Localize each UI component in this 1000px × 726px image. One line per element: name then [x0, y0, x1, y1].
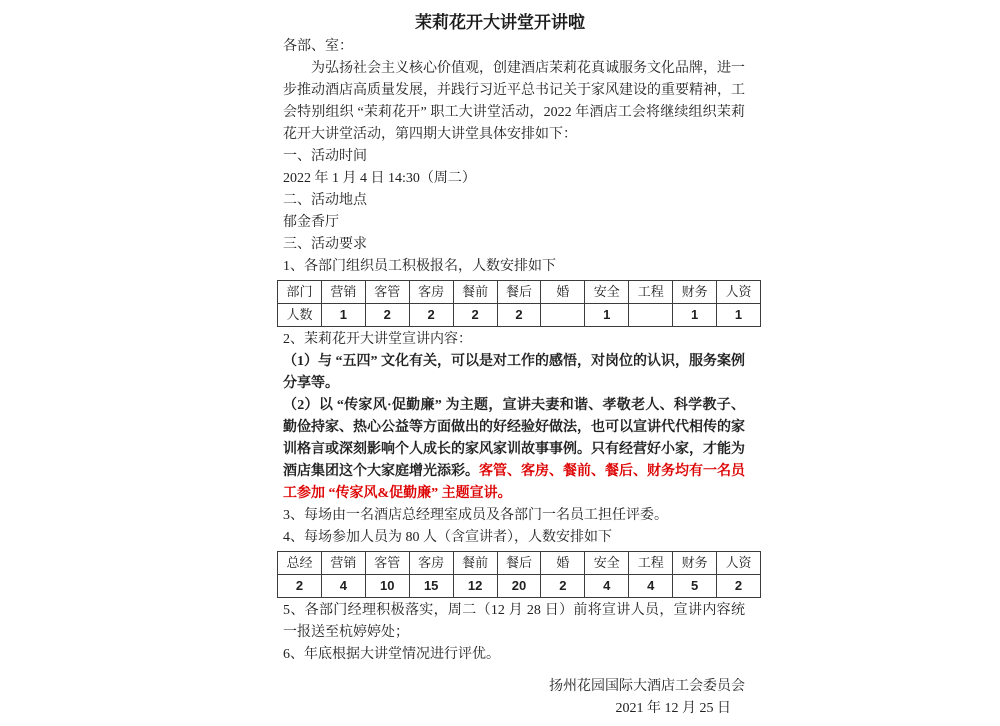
table-value-cell: 15 [409, 575, 453, 598]
table-value-cell: 5 [673, 575, 717, 598]
table-header-cell: 人资 [717, 281, 761, 304]
table-value-cell: 20 [497, 575, 541, 598]
table-header-cell: 客房 [409, 552, 453, 575]
table-value-cell: 1 [321, 304, 365, 327]
requirement-item-2: 2、茉莉花开大讲堂宣讲内容： [283, 329, 745, 351]
table-header-cell: 营销 [321, 281, 365, 304]
attendance-table: 总经 营销 客管 客房 餐前 餐后 婚 安全 工程 财务 人资 2 4 10 1… [277, 551, 761, 598]
table-value-cell: 2 [278, 575, 322, 598]
table-value-cell: 4 [629, 575, 673, 598]
table-value-cell: 4 [321, 575, 365, 598]
section-heading-requirements: 三、活动要求 [283, 234, 745, 256]
requirement-item-1: 1、各部门组织员工积极报名，人数安排如下 [283, 256, 745, 278]
table-header-cell: 部门 [278, 281, 322, 304]
table-header-cell: 餐后 [497, 552, 541, 575]
table-value-cell: 1 [673, 304, 717, 327]
table-header-cell: 工程 [629, 552, 673, 575]
content-point-1: （1）与 “五四” 文化有关，可以是对工作的感悟，对岗位的认识，服务案例分享等。 [283, 351, 745, 395]
signup-table-value-row: 人数 1 2 2 2 2 1 1 1 [278, 304, 761, 327]
table-header-cell: 婚 [541, 281, 585, 304]
table-header-cell: 餐后 [497, 281, 541, 304]
attendance-table-value-row: 2 4 10 15 12 20 2 4 4 5 2 [278, 575, 761, 598]
salutation: 各部、室： [283, 36, 745, 58]
table-value-cell: 2 [409, 304, 453, 327]
table-header-cell: 客管 [365, 552, 409, 575]
table-value-cell: 2 [717, 575, 761, 598]
requirement-item-4: 4、每场参加人员为 80 人（含宣讲者），人数安排如下 [283, 527, 745, 549]
table-header-cell: 财务 [673, 552, 717, 575]
table-value-cell: 1 [717, 304, 761, 327]
table-header-cell: 餐前 [453, 552, 497, 575]
table-header-cell: 安全 [585, 281, 629, 304]
requirement-item-3: 3、每场由一名酒店总经理室成员及各部门一名员工担任评委。 [283, 505, 745, 527]
table-header-cell: 财务 [673, 281, 717, 304]
table-header-cell: 人资 [717, 552, 761, 575]
table-value-cell: 1 [585, 304, 629, 327]
table-header-cell: 总经 [278, 552, 322, 575]
table-row-label: 人数 [278, 304, 322, 327]
attendance-table-header-row: 总经 营销 客管 客房 餐前 餐后 婚 安全 工程 财务 人资 [278, 552, 761, 575]
table-value-cell: 2 [541, 575, 585, 598]
signature-date: 2021 年 12 月 25 日 [283, 698, 745, 720]
table-value-cell: 2 [453, 304, 497, 327]
activity-time: 2022 年 1 月 4 日 14:30（周二） [283, 168, 745, 190]
requirement-item-5: 5、各部门经理积极落实，周二（12 月 28 日）前将宣讲人员，宣讲内容统一报送… [283, 600, 745, 644]
table-header-cell: 营销 [321, 552, 365, 575]
doc-title: 茉莉花开大讲堂开讲啦 [0, 8, 1000, 33]
table-value-cell: 2 [365, 304, 409, 327]
table-header-cell: 餐前 [453, 281, 497, 304]
table-value-cell: 10 [365, 575, 409, 598]
intro-paragraph: 为弘扬社会主义核心价值观，创建酒店茉莉花真诚服务文化品牌，进一步推动酒店高质量发… [283, 58, 745, 146]
table-value-cell: 12 [453, 575, 497, 598]
table-value-cell [541, 304, 585, 327]
section-heading-time: 一、活动时间 [283, 146, 745, 168]
table-header-cell: 婚 [541, 552, 585, 575]
activity-place: 郁金香厅 [283, 212, 745, 234]
signup-table-header-row: 部门 营销 客管 客房 餐前 餐后 婚 安全 工程 财务 人资 [278, 281, 761, 304]
requirement-item-6: 6、年底根据大讲堂情况进行评优。 [283, 644, 745, 666]
content-point-2: （2）以 “传家风·促勤廉” 为主题，宣讲夫妻和谐、孝敬老人、科学教子、勤俭持家… [283, 395, 745, 505]
table-value-cell: 2 [497, 304, 541, 327]
section-heading-place: 二、活动地点 [283, 190, 745, 212]
document-body: 各部、室： 为弘扬社会主义核心价值观，创建酒店茉莉花真诚服务文化品牌，进一步推动… [283, 36, 745, 720]
signature-org: 扬州花园国际大酒店工会委员会 [283, 676, 745, 698]
table-value-cell [629, 304, 673, 327]
table-header-cell: 工程 [629, 281, 673, 304]
signup-table: 部门 营销 客管 客房 餐前 餐后 婚 安全 工程 财务 人资 人数 1 2 2… [277, 280, 761, 327]
table-header-cell: 安全 [585, 552, 629, 575]
table-value-cell: 4 [585, 575, 629, 598]
table-header-cell: 客房 [409, 281, 453, 304]
table-header-cell: 客管 [365, 281, 409, 304]
